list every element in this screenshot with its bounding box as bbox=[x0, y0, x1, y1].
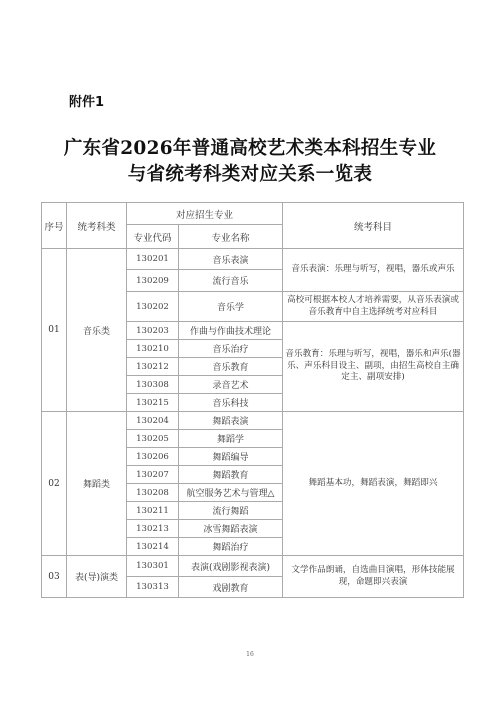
major-name: 音乐学 bbox=[179, 292, 283, 322]
mapping-table: 序号 统考科类 对应招生专业 统考科目 专业代码 专业名称 01 音乐类 130… bbox=[41, 202, 464, 598]
header-code: 专业代码 bbox=[127, 225, 179, 249]
page-number: 16 bbox=[0, 651, 500, 658]
major-name: 舞蹈治疗 bbox=[179, 538, 283, 556]
subjects-cell: 音乐教育：乐理与听写，视唱，器乐和声乐(器乐、声乐科目设主、副项，由招生高校自主… bbox=[283, 322, 464, 412]
major-name: 航空服务艺术与管理△ bbox=[179, 484, 283, 502]
major-name: 舞蹈编导 bbox=[179, 448, 283, 466]
major-code: 130207 bbox=[127, 466, 179, 484]
group-category: 音乐类 bbox=[67, 249, 127, 412]
major-code: 130212 bbox=[127, 358, 179, 376]
major-code: 130213 bbox=[127, 520, 179, 538]
major-code: 130214 bbox=[127, 538, 179, 556]
major-code: 130205 bbox=[127, 430, 179, 448]
table-row: 01 音乐类 130201 音乐表演 音乐表演：乐理与听写，视唱，器乐或声乐 bbox=[42, 249, 464, 270]
subjects-cell: 舞蹈基本功，舞蹈表演，舞蹈即兴 bbox=[283, 412, 464, 556]
major-code: 130203 bbox=[127, 322, 179, 340]
title-line-2: 与省统考科类对应关系一览表 bbox=[0, 162, 500, 188]
subjects-cell: 音乐表演：乐理与听写，视唱，器乐或声乐 bbox=[283, 249, 464, 292]
major-code: 130211 bbox=[127, 502, 179, 520]
major-name: 戏剧教育 bbox=[179, 577, 283, 598]
major-code: 130301 bbox=[127, 556, 179, 577]
table-row: 02 舞蹈类 130204 舞蹈表演 舞蹈基本功，舞蹈表演，舞蹈即兴 bbox=[42, 412, 464, 430]
major-name: 舞蹈教育 bbox=[179, 466, 283, 484]
group-seq: 01 bbox=[42, 249, 67, 412]
major-name: 音乐教育 bbox=[179, 358, 283, 376]
major-code: 130204 bbox=[127, 412, 179, 430]
subjects-cell: 高校可根据本校人才培养需要，从音乐表演或音乐教育中自主选择统考对应科目 bbox=[283, 292, 464, 322]
major-name: 录音艺术 bbox=[179, 376, 283, 394]
document-title: 广东省2026年普通高校艺术类本科招生专业 与省统考科类对应关系一览表 bbox=[0, 136, 500, 188]
major-name: 音乐治疗 bbox=[179, 340, 283, 358]
major-name: 作曲与作曲技术理论 bbox=[179, 322, 283, 340]
table-row: 03 表(导)演类 130301 表演(戏剧影视表演) 文学作品朗诵，自选曲目演… bbox=[42, 556, 464, 577]
group-seq: 02 bbox=[42, 412, 67, 556]
major-name: 表演(戏剧影视表演) bbox=[179, 556, 283, 577]
group-seq: 03 bbox=[42, 556, 67, 598]
major-code: 130215 bbox=[127, 394, 179, 412]
major-code: 130206 bbox=[127, 448, 179, 466]
major-name: 舞蹈学 bbox=[179, 430, 283, 448]
major-code: 130202 bbox=[127, 292, 179, 322]
header-category: 统考科类 bbox=[67, 203, 127, 249]
major-name: 音乐表演 bbox=[179, 249, 283, 270]
header-majors-group: 对应招生专业 bbox=[127, 203, 283, 225]
major-name: 流行舞蹈 bbox=[179, 502, 283, 520]
major-code: 130313 bbox=[127, 577, 179, 598]
major-code: 130308 bbox=[127, 376, 179, 394]
major-code: 130201 bbox=[127, 249, 179, 270]
major-name: 流行音乐 bbox=[179, 270, 283, 292]
header-seq: 序号 bbox=[42, 203, 67, 249]
major-code: 130209 bbox=[127, 270, 179, 292]
header-name: 专业名称 bbox=[179, 225, 283, 249]
major-name: 冰雪舞蹈表演 bbox=[179, 520, 283, 538]
major-name: 舞蹈表演 bbox=[179, 412, 283, 430]
title-line-1: 广东省2026年普通高校艺术类本科招生专业 bbox=[0, 136, 500, 162]
major-name: 音乐科技 bbox=[179, 394, 283, 412]
group-category: 舞蹈类 bbox=[67, 412, 127, 556]
header-subjects: 统考科目 bbox=[283, 203, 464, 249]
group-category: 表(导)演类 bbox=[67, 556, 127, 598]
major-code: 130210 bbox=[127, 340, 179, 358]
attachment-label: 附件1 bbox=[69, 91, 104, 110]
subjects-cell: 文学作品朗诵，自选曲目演唱，形体技能展现，命题即兴表演 bbox=[283, 556, 464, 598]
major-code: 130208 bbox=[127, 484, 179, 502]
